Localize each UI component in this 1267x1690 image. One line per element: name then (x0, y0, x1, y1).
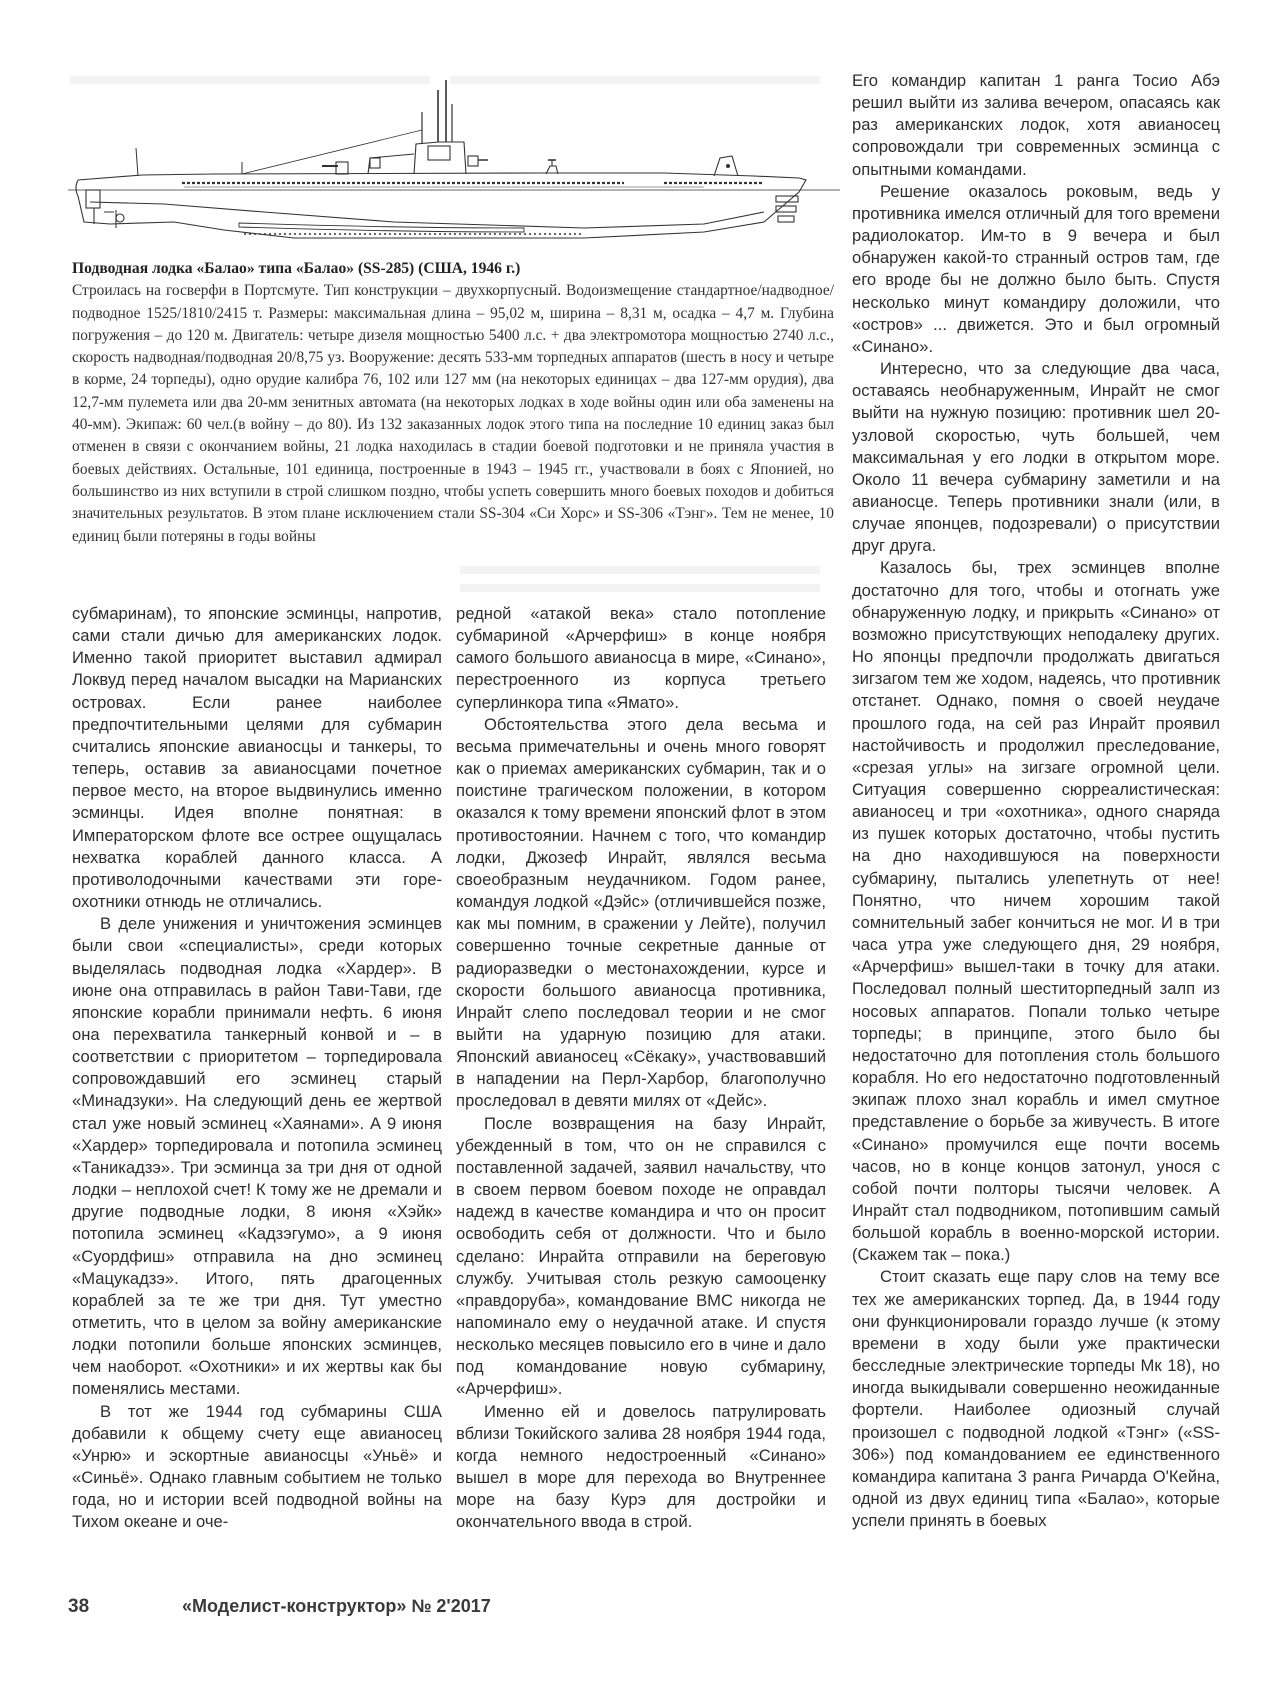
figure-caption: Подводная лодка «Балао» типа «Балао» (SS… (72, 258, 834, 548)
magazine-issue: «Моделист-конструктор» № 2'2017 (182, 1596, 491, 1617)
paragraph: Стоит сказать еще пару слов на тему все … (852, 1266, 1220, 1532)
page-number: 38 (68, 1596, 89, 1618)
article-column-left: субмаринам), то японские эсминцы, напрот… (72, 603, 442, 1534)
paragraph: Его командир капитан 1 ранга Тосио Абэ р… (852, 70, 1220, 181)
caption-text: Строилась на госверфи в Портсмуте. Тип к… (72, 282, 834, 544)
paragraph: Казалось бы, трех эсминцев вполне достат… (852, 557, 1220, 1266)
paragraph: После возвращения на базу Инрайт, убежде… (456, 1113, 826, 1401)
paragraph: Обстоятельства этого дела весьма и весьм… (456, 714, 826, 1113)
magazine-page: Подводная лодка «Балао» типа «Балао» (SS… (0, 0, 1267, 1690)
article-column-right: Его командир капитан 1 ранга Тосио Абэ р… (852, 70, 1220, 1532)
paragraph: В деле унижения и уничтожения эсминцев б… (72, 913, 442, 1400)
article-column-middle: редной «атакой века» стало потопление су… (456, 603, 826, 1534)
paragraph: Именно ей и довелось патрулировать вблиз… (456, 1401, 826, 1534)
submarine-drawing (64, 62, 844, 252)
paragraph: субмаринам), то японские эсминцы, напрот… (72, 603, 442, 913)
bleed-through-texture (460, 566, 820, 574)
paragraph: Решение оказалось роковым, ведь у против… (852, 181, 1220, 358)
bleed-through-texture (460, 584, 820, 592)
paragraph: Интересно, что за следующие два часа, ос… (852, 358, 1220, 557)
paragraph: редной «атакой века» стало потопление су… (456, 603, 826, 714)
paragraph: В тот же 1944 год субмарины США добавили… (72, 1401, 442, 1534)
page-footer: 38 «Моделист-конструктор» № 2'2017 (68, 1596, 568, 1626)
caption-title: Подводная лодка «Балао» типа «Балао» (SS… (72, 260, 520, 277)
